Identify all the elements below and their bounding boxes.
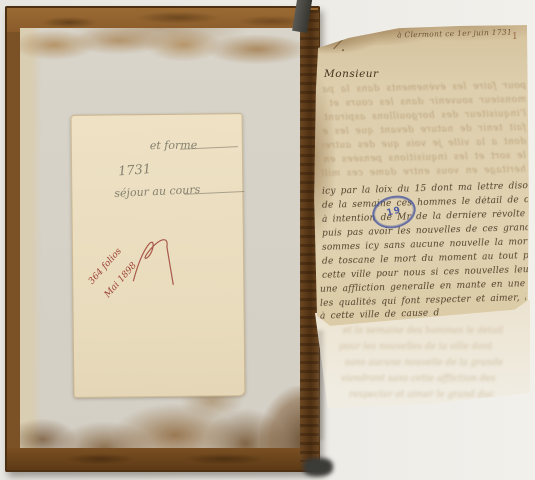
faint-showthrough-line: et la semaine des hommes le detail: [343, 326, 523, 336]
letter-body-line: sommes icy sans aucune nouvelle la mort …: [322, 237, 528, 253]
letter-body-line: puis pas avoir les nouvelles de ces gran…: [322, 223, 528, 239]
faint-showthrough-line: respecter et aimer le grand duc: [349, 390, 523, 400]
salutation: Monsieur: [324, 68, 379, 80]
letter-body-line: icy par la loix du 15 dont ma lettre dis…: [322, 181, 528, 197]
folio-number: 1: [512, 32, 518, 42]
ink-showthrough-line: le sort et les inquisitions pensées en a…: [322, 151, 526, 165]
scanned-manuscript-spread: et forme 1731 séjour au cours 364 folios…: [0, 0, 535, 480]
pencil-note-line: et forme: [150, 139, 197, 152]
ink-showthrough-line: dont à la ville je vois que des autres v…: [322, 137, 526, 151]
ink-showthrough-line: héritage en vous entre dame ces mille re…: [322, 165, 526, 179]
page-edge-shadow: [318, 330, 326, 440]
pasted-note: et forme 1731 séjour au cours 364 folios…: [71, 113, 246, 398]
letter-body-line: de toscane le mort du moment au tout pet…: [322, 251, 528, 267]
letter-body-line: une affliction generalle en mante en une…: [320, 279, 526, 295]
leather-bottom-edge: [7, 448, 318, 470]
letter-page: à Clermont ce 1er juin 1731 1 7. Monsieu…: [312, 22, 530, 328]
ink-showthrough-line: fait tenir de nature devant que les espr…: [322, 123, 526, 137]
letter-body-line: de la semaine ces hommes le détail de ce…: [322, 195, 528, 211]
ink-showthrough-line: pour faire les évènements dans la part e…: [322, 81, 526, 95]
ink-showthrough-line: l'inquisiteur des borgouillons aspirant …: [322, 109, 526, 123]
red-paraph-flourish: [129, 233, 180, 294]
faint-showthrough-line: viendront sans cette affliction des: [341, 374, 525, 384]
letter-body-line: à intention de Mr de la derniere révolte…: [322, 209, 528, 225]
faint-showthrough-line: sans aucune nouvelle de la grande: [345, 358, 525, 368]
letter-body-line: cette ville pour nous si ces nouvelles l…: [322, 265, 528, 281]
ink-showthrough-line: monsieur souvenir dans les cours et suje…: [322, 95, 526, 109]
board-corner-shadow: [303, 458, 333, 476]
dateline-inscription: à Clermont ce 1er juin 1731: [397, 27, 512, 39]
pencil-note-year: 1731: [118, 162, 152, 180]
pencil-note-line: séjour au cours: [114, 183, 200, 200]
archive-stamp-number: 19: [386, 205, 403, 218]
letter-body-line: les qualités qui font respecter et aimer…: [320, 293, 526, 309]
faint-showthrough-line: pour les nouvelles de la ville dont: [339, 342, 523, 352]
corner-numeral: 7.: [330, 35, 348, 56]
